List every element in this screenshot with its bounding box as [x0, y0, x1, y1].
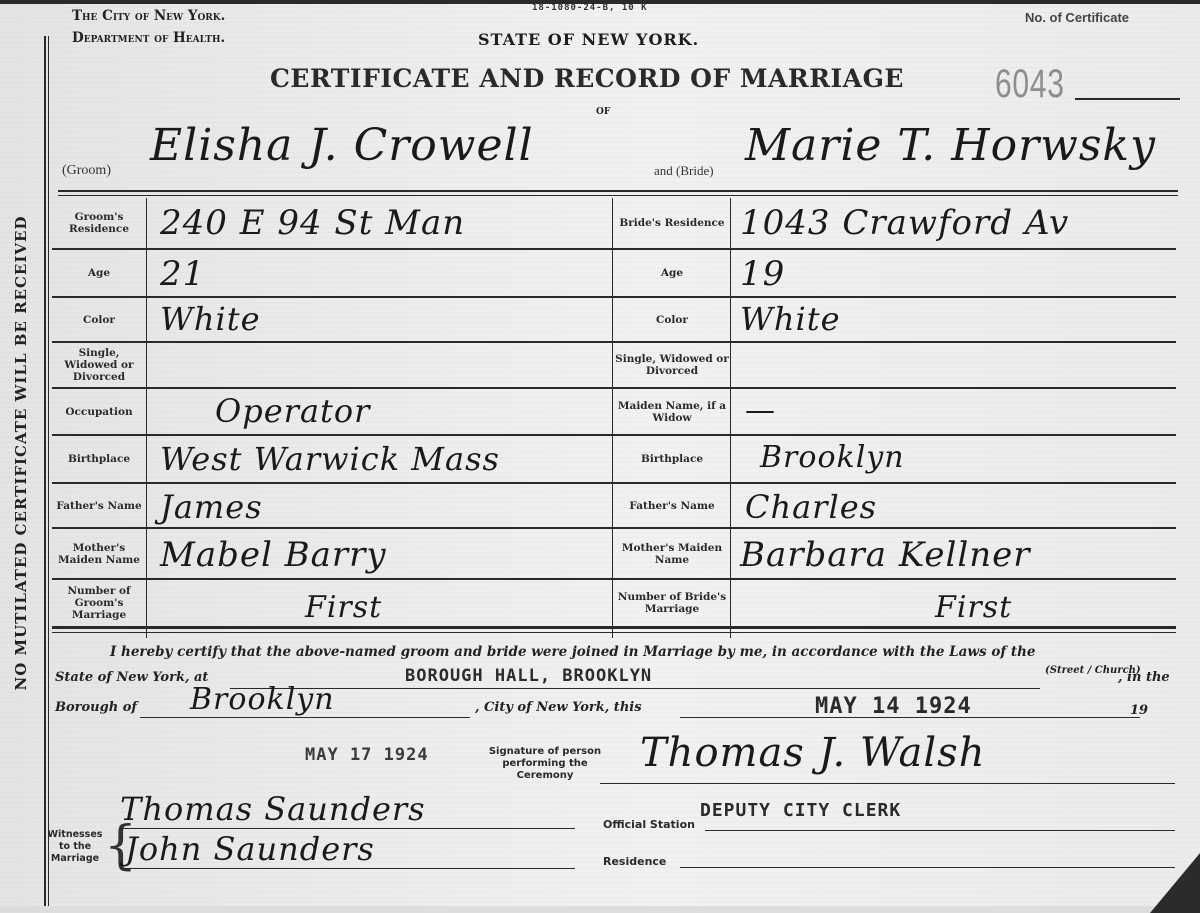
place-line [230, 688, 1040, 689]
borough-prefix: Borough of [55, 700, 137, 715]
form-code: 18-1080-24-B, 10 K [532, 3, 648, 13]
bride-color-value: White [740, 300, 841, 338]
bride-mother-value: Barbara Kellner [740, 535, 1031, 575]
in-the-label: , in the [1118, 670, 1170, 685]
city-suffix: , City of New York, this [475, 700, 642, 715]
bride-marriage-number-label: Number of Bride's Marriage [614, 580, 730, 626]
signature-label: Signature of person performing the Cerem… [485, 746, 605, 782]
year-prefix: 19 [1130, 703, 1148, 718]
certification-text: I hereby certify that the above-named gr… [110, 644, 1035, 660]
date-stamp: MAY 14 1924 [815, 694, 972, 719]
groom-mother-value: Mabel Barry [160, 535, 387, 575]
groom-marriage-number-label: Number of Groom's Marriage [52, 580, 146, 626]
residence-line [680, 867, 1175, 868]
names-rule-2 [58, 195, 1178, 196]
groom-marital-status-label: Single, Widowed or Divorced [52, 343, 146, 387]
side-notice: NO MUTILATED CERTIFICATE WILL BE RECEIVE… [12, 103, 38, 803]
row-rule-9 [52, 626, 1176, 629]
bride-father-label: Father's Name [614, 484, 730, 527]
groom-father-value: James [160, 488, 263, 526]
bride-age-value: 19 [740, 254, 785, 294]
bride-label-col-line [730, 198, 731, 638]
groom-mother-label: Mother's Maiden Name [52, 529, 146, 578]
bottom-edge [0, 906, 1200, 913]
folded-corner [1150, 853, 1200, 913]
groom-name: Elisha J. Crowell [150, 120, 534, 171]
left-border-line [44, 36, 46, 906]
borough-line [140, 717, 470, 718]
marriage-certificate: NO MUTILATED CERTIFICATE WILL BE RECEIVE… [0, 0, 1200, 913]
residence-label: Residence [603, 855, 666, 868]
groom-occupation-value: Operator [215, 392, 370, 430]
groom-color-label: Color [52, 298, 146, 341]
witness-line-1 [120, 828, 575, 829]
names-rule [58, 190, 1178, 192]
bride-birthplace-value: Brooklyn [760, 440, 905, 475]
groom-color-value: White [160, 300, 261, 338]
header-department: Department of Health. [72, 30, 225, 46]
groom-father-label: Father's Name [52, 484, 146, 527]
officiant-signature: Thomas J. Walsh [640, 730, 985, 776]
bride-age-label: Age [614, 250, 730, 296]
official-station-label: Official Station [603, 818, 695, 831]
bride-maiden-name-label: Maiden Name, if a Widow [614, 389, 730, 434]
received-stamp: MAY 17 1924 [305, 745, 429, 765]
cert-number-underline [1075, 98, 1180, 100]
bride-birthplace-label: Birthplace [614, 436, 730, 482]
certificate-number-label: No. of Certificate [1025, 10, 1129, 25]
groom-residence-value: 240 E 94 St Man [160, 203, 465, 243]
header-city: The City of New York. [72, 8, 225, 24]
groom-age-label: Age [52, 250, 146, 296]
witness-2: John Saunders [125, 830, 375, 868]
bride-color-label: Color [614, 298, 730, 341]
official-station-value: DEPUTY CITY CLERK [700, 800, 901, 821]
certificate-number: 6043 [995, 62, 1065, 107]
groom-residence-label: Groom's Residence [52, 200, 146, 246]
title-of: OF [596, 107, 610, 117]
row-rule-10 [52, 632, 1176, 633]
certificate-title: CERTIFICATE AND RECORD OF MARRIAGE [270, 64, 904, 93]
state-prefix: State of New York, at [55, 670, 208, 685]
bride-label: and (Bride) [654, 163, 714, 179]
groom-label-col-line [146, 198, 147, 638]
groom-birthplace-value: West Warwick Mass [160, 440, 500, 478]
bride-name: Marie T. Horwsky [745, 120, 1156, 171]
groom-occupation-label: Occupation [52, 389, 146, 434]
side-margin: NO MUTILATED CERTIFICATE WILL BE RECEIVE… [0, 0, 38, 913]
official-station-line [705, 830, 1175, 831]
bride-marital-status-label: Single, Widowed or Divorced [614, 343, 730, 387]
bride-marriage-number-value: First [935, 590, 1012, 625]
bride-residence-label: Bride's Residence [614, 200, 730, 246]
signature-line [600, 783, 1175, 784]
bride-father-value: Charles [745, 488, 877, 526]
place-stamp: BOROUGH HALL, BROOKLYN [405, 666, 652, 686]
witness-1: Thomas Saunders [120, 790, 426, 828]
groom-label: (Groom) [62, 163, 111, 179]
header-state: STATE OF NEW YORK. [478, 30, 699, 49]
borough-value: Brooklyn [190, 682, 335, 717]
bride-mother-label: Mother's Maiden Name [614, 529, 730, 578]
witness-line-2 [120, 868, 575, 869]
groom-marriage-number-value: First [305, 590, 382, 625]
witnesses-label: Witnesses to the Marriage [46, 829, 104, 865]
bride-maiden-name-value: — [745, 393, 776, 428]
groom-age-value: 21 [160, 254, 205, 294]
groom-birthplace-label: Birthplace [52, 436, 146, 482]
center-col-line [612, 198, 613, 638]
bride-residence-value: 1043 Crawford Av [740, 203, 1069, 243]
left-border-line-inner [48, 36, 49, 906]
